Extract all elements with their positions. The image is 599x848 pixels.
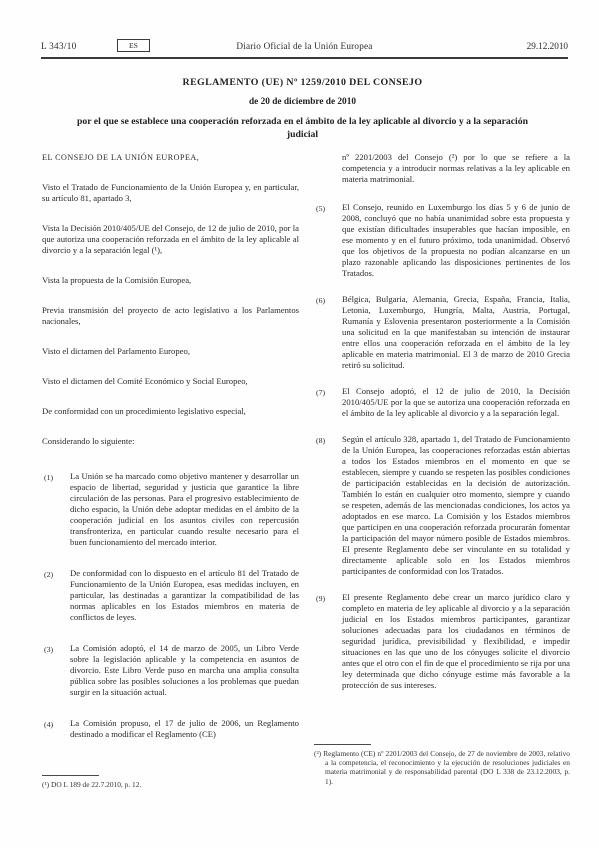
regulation-number: REGLAMENTO (UE) Nº 1259/2010 DEL CONSEJO xyxy=(66,77,539,88)
recital-text: Según el artículo 328, apartado 1, del T… xyxy=(342,434,570,577)
left-column: EL CONSEJO DE LA UNIÓN EUROPEA, Visto el… xyxy=(42,152,299,760)
citation: Vista la propuesta de la Comisión Europe… xyxy=(42,275,299,286)
recital-8: (8) Según el artículo 328, apartado 1, d… xyxy=(314,434,570,577)
journal-title: Diario Oficial de la Unión Europea xyxy=(41,41,568,51)
footnote-text: (²) Reglamento (CE) nº 2201/2003 del Con… xyxy=(314,749,570,787)
recital-2: (2) De conformidad con lo dispuesto en e… xyxy=(42,568,299,623)
footnote-text: (¹) DO L 189 de 22.7.2010, p. 12. xyxy=(42,780,299,789)
recital-text: El presente Reglamento debe crear un mar… xyxy=(342,592,570,691)
recitals-lead-in: Considerando lo siguiente: xyxy=(42,436,299,447)
citation: Previa transmisión del proyecto de acto … xyxy=(42,305,299,327)
regulation-subject: por el que se establece una cooperación … xyxy=(66,116,539,141)
recital-7: (7) El Consejo adoptó, el 12 de julio de… xyxy=(314,386,570,419)
recital-text: Bélgica, Bulgaria, Alemania, Grecia, Esp… xyxy=(342,294,570,371)
recital-number: (8) xyxy=(316,435,325,446)
recital-5: (5) El Consejo, reunido en Luxemburgo lo… xyxy=(314,202,570,279)
recital-text: El Consejo adoptó, el 12 de julio de 201… xyxy=(342,386,570,419)
recital-4-continuation: nº 2201/2003 del Consejo (²) por lo que … xyxy=(342,152,570,185)
recital-number: (7) xyxy=(316,387,325,398)
right-column: nº 2201/2003 del Consejo (²) por lo que … xyxy=(314,152,570,706)
recital-text: La Comisión adoptó, el 14 de marzo de 20… xyxy=(70,643,299,698)
recital-number: (5) xyxy=(316,203,325,214)
footnote-1: (¹) DO L 189 de 22.7.2010, p. 12. xyxy=(42,775,299,789)
recital-text: La Comisión propuso, el 17 de julio de 2… xyxy=(70,718,299,740)
footnote-divider xyxy=(42,775,99,776)
citation: Visto el dictamen del Parlamento Europeo… xyxy=(42,346,299,357)
recital-9: (9) El presente Reglamento debe crear un… xyxy=(314,592,570,691)
regulation-date: de 20 de diciembre de 2010 xyxy=(66,97,539,107)
citation: Visto el dictamen del Comité Económico y… xyxy=(42,376,299,387)
regulation-title-block: REGLAMENTO (UE) Nº 1259/2010 DEL CONSEJO… xyxy=(66,77,539,141)
recital-1: (1) La Unión se ha marcado como objetivo… xyxy=(42,471,299,548)
journal-page: L 343/10 ES Diario Oficial de la Unión E… xyxy=(0,0,599,848)
page-header: L 343/10 ES Diario Oficial de la Unión E… xyxy=(41,40,568,55)
citation: Vista la Decisión 2010/405/UE del Consej… xyxy=(42,223,299,256)
citation: Visto el Tratado de Funcionamiento de la… xyxy=(42,182,299,204)
recital-3: (3) La Comisión adoptó, el 14 de marzo d… xyxy=(42,643,299,698)
enacting-authority: EL CONSEJO DE LA UNIÓN EUROPEA, xyxy=(42,152,299,163)
recital-6: (6) Bélgica, Bulgaria, Alemania, Grecia,… xyxy=(314,294,570,371)
header-date: 29.12.2010 xyxy=(527,41,568,51)
footnote-2: (²) Reglamento (CE) nº 2201/2003 del Con… xyxy=(314,744,570,786)
recital-number: (4) xyxy=(44,719,53,730)
recital-number: (6) xyxy=(316,295,325,306)
citation: De conformidad con un procedimiento legi… xyxy=(42,406,299,417)
recital-number: (1) xyxy=(44,472,53,483)
header-divider xyxy=(41,57,568,59)
recital-text: La Unión se ha marcado como objetivo man… xyxy=(70,471,299,548)
recital-number: (2) xyxy=(44,569,53,580)
footnote-divider xyxy=(314,744,371,745)
recital-number: (3) xyxy=(44,644,53,655)
recital-text: El Consejo, reunido en Luxemburgo los dí… xyxy=(342,202,570,279)
recital-text: De conformidad con lo dispuesto en el ar… xyxy=(70,568,299,623)
recital-number: (9) xyxy=(316,593,325,604)
recital-4: (4) La Comisión propuso, el 17 de julio … xyxy=(42,718,299,740)
